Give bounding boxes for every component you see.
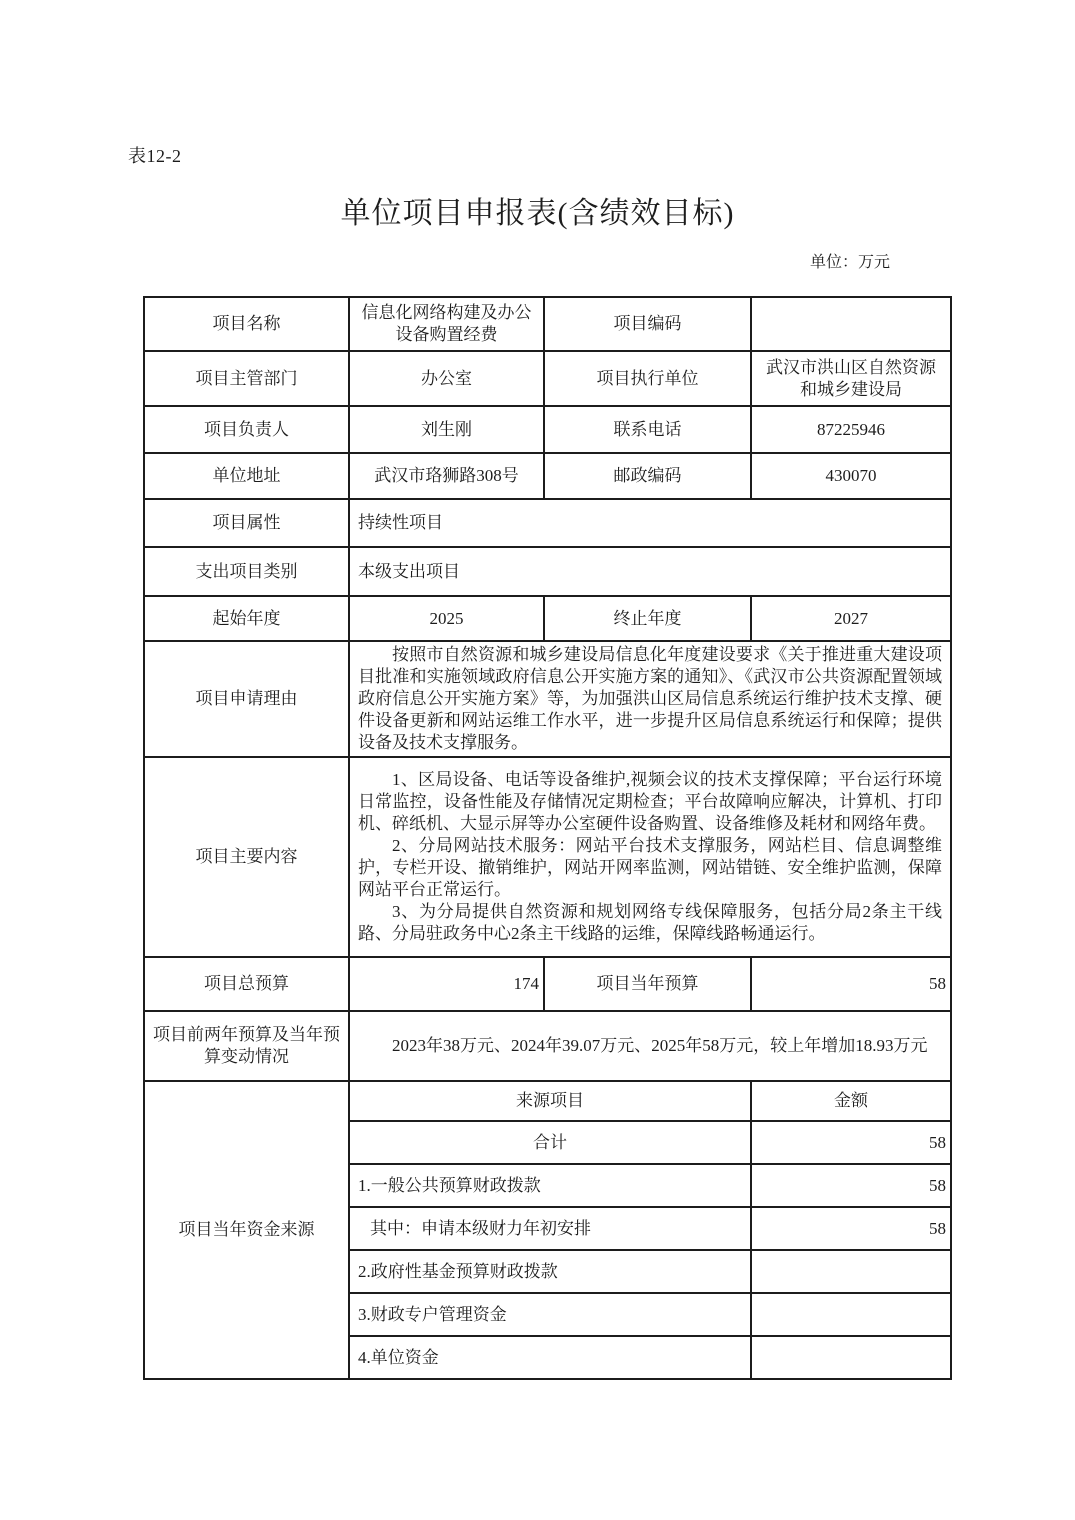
table-row: 项目名称 信息化网络构建及办公设备购置经费 项目编码	[144, 297, 951, 351]
unit-address-label: 单位地址	[144, 453, 349, 499]
funding-amount-column-header: 金额	[751, 1081, 951, 1121]
table-row: 项目属性 持续性项目	[144, 499, 951, 547]
table-row: 支出项目类别 本级支出项目	[144, 547, 951, 596]
project-declaration-table: 项目名称 信息化网络构建及办公设备购置经费 项目编码 项目主管部门 办公室 项目…	[143, 296, 952, 1380]
expenditure-category-label: 支出项目类别	[144, 547, 349, 596]
funding-source-column-header: 来源项目	[349, 1081, 751, 1121]
funding-row-source: 2.政府性基金预算财政拨款	[349, 1250, 751, 1293]
table-row: 项目当年资金来源 来源项目 金额	[144, 1081, 951, 1121]
total-budget-label: 项目总预算	[144, 957, 349, 1011]
funding-section-label: 项目当年资金来源	[144, 1081, 349, 1379]
main-content-value: 1、区局设备、电话等设备维护,视频会议的技术支撑保障；平台运行环境日常监控，设备…	[349, 757, 951, 957]
contact-phone-label: 联系电话	[544, 406, 751, 453]
budget-history-value: 2023年38万元、2024年39.07万元、2025年58万元，较上年增加18…	[349, 1011, 951, 1081]
current-year-budget-value: 58	[751, 957, 951, 1011]
project-leader-value: 刘生刚	[349, 406, 544, 453]
funding-row-amount	[751, 1250, 951, 1293]
table-row: 项目主管部门 办公室 项目执行单位 武汉市洪山区自然资源和城乡建设局	[144, 351, 951, 406]
application-reason-value: 按照市自然资源和城乡建设局信息化年度建设要求《关于推进重大建设项目批准和实施领域…	[349, 641, 951, 757]
contact-phone-value: 87225946	[751, 406, 951, 453]
project-leader-label: 项目负责人	[144, 406, 349, 453]
project-attribute-value: 持续性项目	[349, 499, 951, 547]
main-content-paragraph: 1、区局设备、电话等设备维护,视频会议的技术支撑保障；平台运行环境日常监控，设备…	[358, 769, 942, 835]
funding-row-total-source: 合计	[349, 1121, 751, 1164]
current-year-budget-label: 项目当年预算	[544, 957, 751, 1011]
end-year-label: 终止年度	[544, 596, 751, 641]
funding-row-source: 4.单位资金	[349, 1336, 751, 1379]
funding-row-total-amount: 58	[751, 1121, 951, 1164]
project-code-label: 项目编码	[544, 297, 751, 351]
project-name-label: 项目名称	[144, 297, 349, 351]
funding-row-amount: 58	[751, 1164, 951, 1207]
funding-row-amount	[751, 1293, 951, 1336]
executing-unit-label: 项目执行单位	[544, 351, 751, 406]
table-row: 项目总预算 174 项目当年预算 58	[144, 957, 951, 1011]
project-code-value	[751, 297, 951, 351]
postal-code-label: 邮政编码	[544, 453, 751, 499]
total-budget-value: 174	[349, 957, 544, 1011]
end-year-value: 2027	[751, 596, 951, 641]
table-row: 项目负责人 刘生刚 联系电话 87225946	[144, 406, 951, 453]
project-name-value: 信息化网络构建及办公设备购置经费	[349, 297, 544, 351]
funding-row-amount	[751, 1336, 951, 1379]
form-number: 表12-2	[128, 142, 182, 168]
table-row: 单位地址 武汉市珞狮路308号 邮政编码 430070	[144, 453, 951, 499]
table-row: 项目前两年预算及当年预算变动情况 2023年38万元、2024年39.07万元、…	[144, 1011, 951, 1081]
postal-code-value: 430070	[751, 453, 951, 499]
unit-address-value: 武汉市珞狮路308号	[349, 453, 544, 499]
page-title: 单位项目申报表(含绩效目标)	[0, 188, 1075, 232]
project-attribute-label: 项目属性	[144, 499, 349, 547]
application-reason-label: 项目申请理由	[144, 641, 349, 757]
supervising-department-value: 办公室	[349, 351, 544, 406]
funding-row-source: 1.一般公共预算财政拨款	[349, 1164, 751, 1207]
document-page: 表12-2 单位项目申报表(含绩效目标) 单位：万元 项目名称 信息化网络构建及…	[0, 0, 1075, 1520]
table-row: 项目申请理由 按照市自然资源和城乡建设局信息化年度建设要求《关于推进重大建设项目…	[144, 641, 951, 757]
main-content-paragraph: 3、为分局提供自然资源和规划网络专线保障服务，包括分局2条主干线路、分局驻政务中…	[358, 901, 942, 945]
budget-history-label: 项目前两年预算及当年预算变动情况	[144, 1011, 349, 1081]
funding-row-amount: 58	[751, 1207, 951, 1250]
funding-row-source: 其中：申请本级财力年初安排	[349, 1207, 751, 1250]
unit-note: 单位：万元	[810, 249, 890, 272]
expenditure-category-value: 本级支出项目	[349, 547, 951, 596]
start-year-value: 2025	[349, 596, 544, 641]
executing-unit-value: 武汉市洪山区自然资源和城乡建设局	[751, 351, 951, 406]
main-content-label: 项目主要内容	[144, 757, 349, 957]
funding-row-source: 3.财政专户管理资金	[349, 1293, 751, 1336]
supervising-department-label: 项目主管部门	[144, 351, 349, 406]
start-year-label: 起始年度	[144, 596, 349, 641]
table-row: 起始年度 2025 终止年度 2027	[144, 596, 951, 641]
main-content-paragraph: 2、分局网站技术服务：网站平台技术支撑服务，网站栏目、信息调整维护，专栏开设、撤…	[358, 835, 942, 901]
table-row: 项目主要内容 1、区局设备、电话等设备维护,视频会议的技术支撑保障；平台运行环境…	[144, 757, 951, 957]
